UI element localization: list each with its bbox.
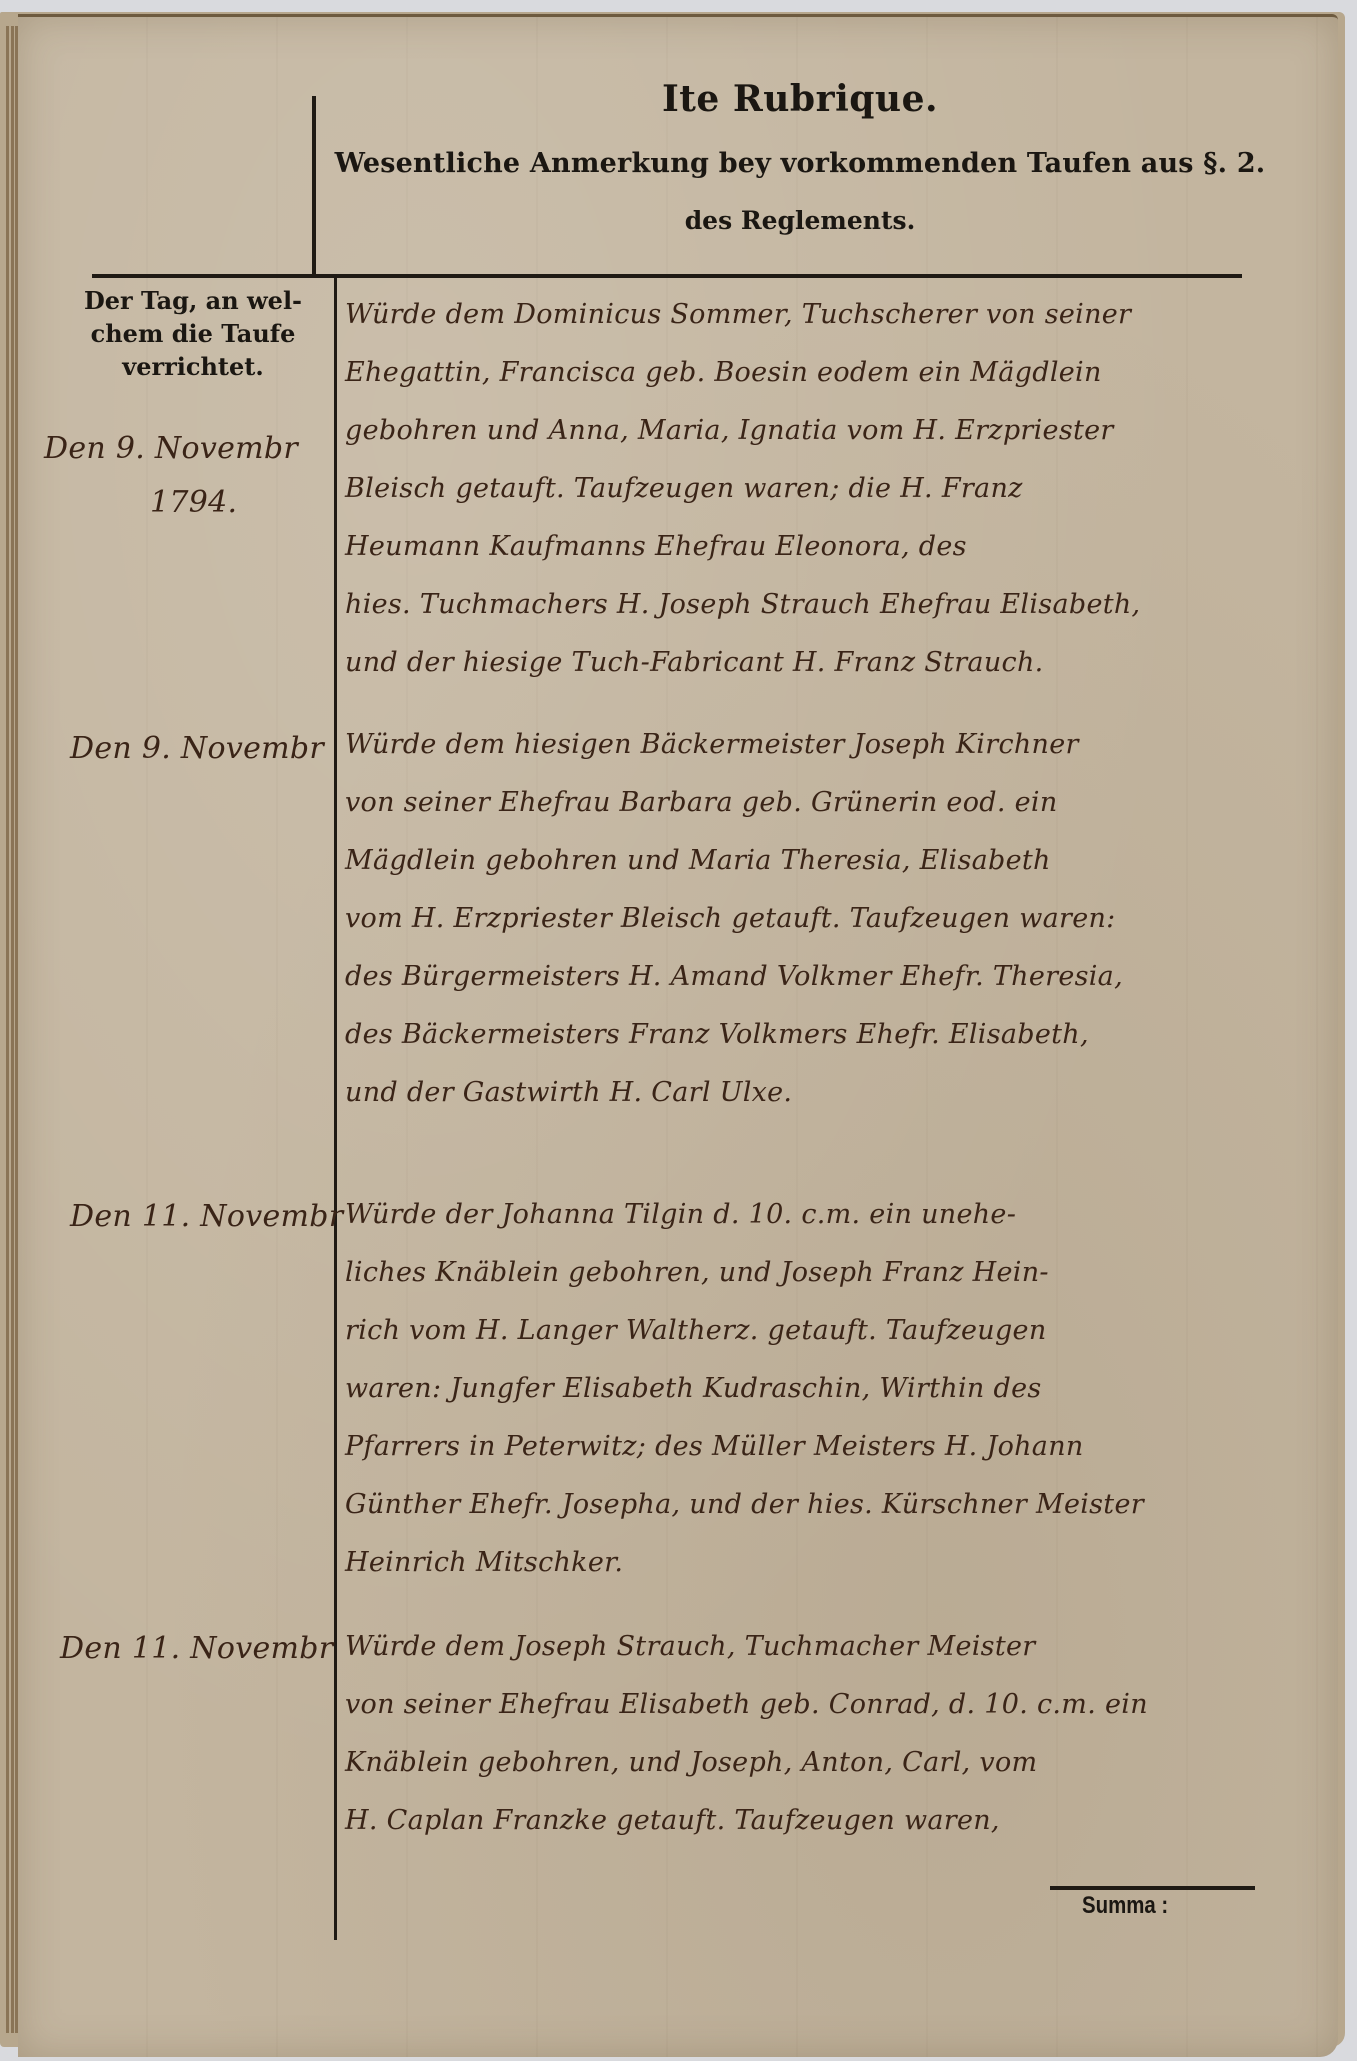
page-edge: [6, 26, 9, 2033]
entry-line: gebohren und Anna, Maria, Ignatia vom H.…: [345, 402, 1140, 460]
date-column-header-line: verrichtet.: [78, 350, 308, 383]
entry-line: Pfarrers in Peterwitz; des Müller Meiste…: [345, 1418, 1144, 1476]
entry-line: und der Gastwirth H. Carl Ulxe.: [345, 1064, 1123, 1122]
header-divider-vertical: [312, 96, 316, 276]
entry-line: waren: Jungfer Elisabeth Kudraschin, Wir…: [345, 1360, 1144, 1418]
baptism-entry: Würde dem Joseph Strauch, Tuchmacher Mei…: [345, 1618, 1148, 1850]
entry-line: hies. Tuchmachers H. Joseph Strauch Ehef…: [345, 576, 1140, 634]
page-title: Ite Rubrique.: [320, 78, 1280, 120]
entry-date: Den 9. Novembr: [44, 420, 298, 478]
entry-line: vom H. Erzpriester Bleisch getauft. Tauf…: [345, 890, 1123, 948]
summa-rule: [1050, 1886, 1255, 1890]
page-subtitle-2: des Reglements.: [320, 206, 1280, 235]
page-subtitle: Wesentliche Anmerkung bey vorkommenden T…: [320, 148, 1280, 179]
entry-line: Knäblein gebohren, und Joseph, Anton, Ca…: [345, 1734, 1148, 1792]
date-column-divider: [334, 278, 337, 1940]
baptism-entry: Würde dem hiesigen Bäckermeister Joseph …: [345, 716, 1123, 1122]
summa-label: Summa :: [1082, 1892, 1168, 1920]
entry-line: H. Caplan Franzke getauft. Taufzeugen wa…: [345, 1792, 1148, 1850]
entry-line: des Bürgermeisters H. Amand Volkmer Ehef…: [345, 948, 1123, 1006]
entry-line: rich vom H. Langer Waltherz. getauft. Ta…: [345, 1302, 1144, 1360]
entry-line: Günther Ehefr. Josepha, und der hies. Kü…: [345, 1476, 1144, 1534]
entry-line: von seiner Ehefrau Elisabeth geb. Conrad…: [345, 1676, 1148, 1734]
entry-line: Würde der Johanna Tilgin d. 10. c.m. ein…: [345, 1186, 1144, 1244]
entry-line: Würde dem Dominicus Sommer, Tuchscherer …: [345, 286, 1140, 344]
entry-line: Ehegattin, Francisca geb. Boesin eodem e…: [345, 344, 1140, 402]
entry-line: liches Knäblein gebohren, und Joseph Fra…: [345, 1244, 1144, 1302]
entry-line: Heinrich Mitschker.: [345, 1534, 1144, 1592]
entry-year: 1794.: [150, 474, 237, 532]
entry-date: Den 11. Novembr: [60, 1620, 333, 1678]
entry-line: von seiner Ehefrau Barbara geb. Grünerin…: [345, 774, 1123, 832]
page-edge: [11, 26, 14, 2033]
baptism-entry: Würde dem Dominicus Sommer, Tuchscherer …: [345, 286, 1140, 692]
entry-line: Heumann Kaufmanns Ehefrau Eleonora, des: [345, 518, 1140, 576]
entry-line: des Bäckermeisters Franz Volkmers Ehefr.…: [345, 1006, 1123, 1064]
baptism-entry: Würde der Johanna Tilgin d. 10. c.m. ein…: [345, 1186, 1144, 1592]
entry-line: und der hiesige Tuch-Fabricant H. Franz …: [345, 634, 1140, 692]
entry-line: Mägdlein gebohren und Maria Theresia, El…: [345, 832, 1123, 890]
header-rule: [92, 274, 1242, 278]
entry-line: Bleisch getauft. Taufzeugen waren; die H…: [345, 460, 1140, 518]
date-column-header: Der Tag, an wel- chem die Taufe verricht…: [78, 284, 308, 383]
entry-line: Würde dem Joseph Strauch, Tuchmacher Mei…: [345, 1618, 1148, 1676]
entry-date: Den 9. Novembr: [70, 720, 324, 778]
date-column-header-line: Der Tag, an wel-: [78, 284, 308, 317]
entry-date: Den 11. Novembr: [70, 1188, 343, 1246]
date-column-header-line: chem die Taufe: [78, 317, 308, 350]
entry-line: Würde dem hiesigen Bäckermeister Joseph …: [345, 716, 1123, 774]
